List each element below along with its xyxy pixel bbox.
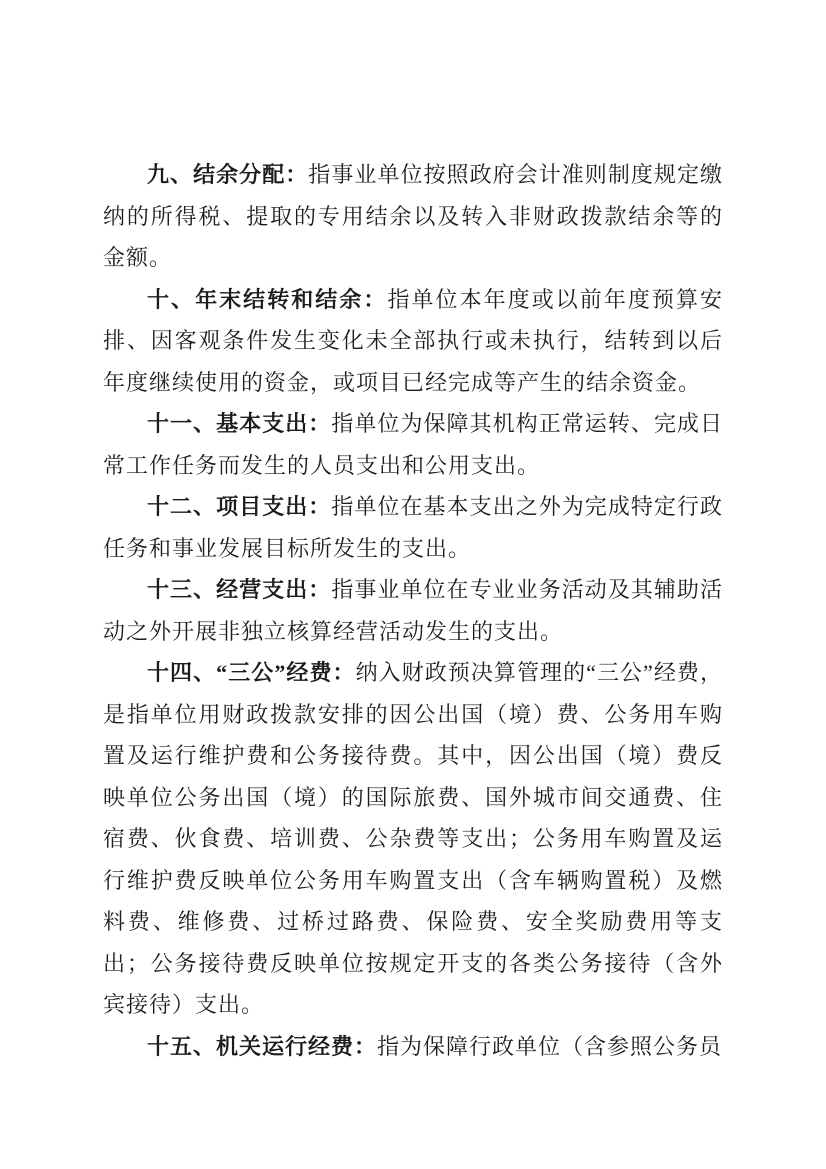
paragraph-heading: 十四、“三公”经费： — [147, 660, 356, 685]
document-page: 九、结余分配：指事业单位按照政府会计准则制度规定缴纳的所得税、提取的专用结余以及… — [0, 0, 826, 1169]
paragraph-heading: 十一、基本支出： — [147, 411, 331, 436]
paragraph-heading: 十三、经营支出： — [147, 577, 331, 602]
paragraph: 十四、“三公”经费：纳入财政预决算管理的“三公”经费，是指单位用财政拨款安排的因… — [103, 652, 723, 1026]
paragraph: 十五、机关运行经费：指为保障行政单位（含参照公务员 — [103, 1026, 723, 1068]
paragraph: 九、结余分配：指事业单位按照政府会计准则制度规定缴纳的所得税、提取的专用结余以及… — [103, 154, 723, 279]
paragraph-heading: 十、年末结转和结余： — [147, 287, 387, 312]
paragraph-heading: 九、结余分配： — [147, 162, 308, 187]
paragraph-body: 指为保障行政单位（含参照公务员 — [377, 1034, 722, 1059]
document-body: 九、结余分配：指事业单位按照政府会计准则制度规定缴纳的所得税、提取的专用结余以及… — [103, 154, 723, 1067]
paragraph-body: 纳入财政预决算管理的“三公”经费，是指单位用财政拨款安排的因公出国（境）费、公务… — [103, 660, 723, 1017]
paragraph: 十一、基本支出：指单位为保障其机构正常运转、完成日常工作任务而发生的人员支出和公… — [103, 403, 723, 486]
paragraph-heading: 十二、项目支出： — [147, 494, 331, 519]
paragraph: 十三、经营支出：指事业单位在专业业务活动及其辅助活动之外开展非独立核算经营活动发… — [103, 569, 723, 652]
paragraph-heading: 十五、机关运行经费： — [147, 1034, 377, 1059]
paragraph: 十、年末结转和结余：指单位本年度或以前年度预算安排、因客观条件发生变化未全部执行… — [103, 279, 723, 404]
paragraph: 十二、项目支出：指单位在基本支出之外为完成特定行政任务和事业发展目标所发生的支出… — [103, 486, 723, 569]
